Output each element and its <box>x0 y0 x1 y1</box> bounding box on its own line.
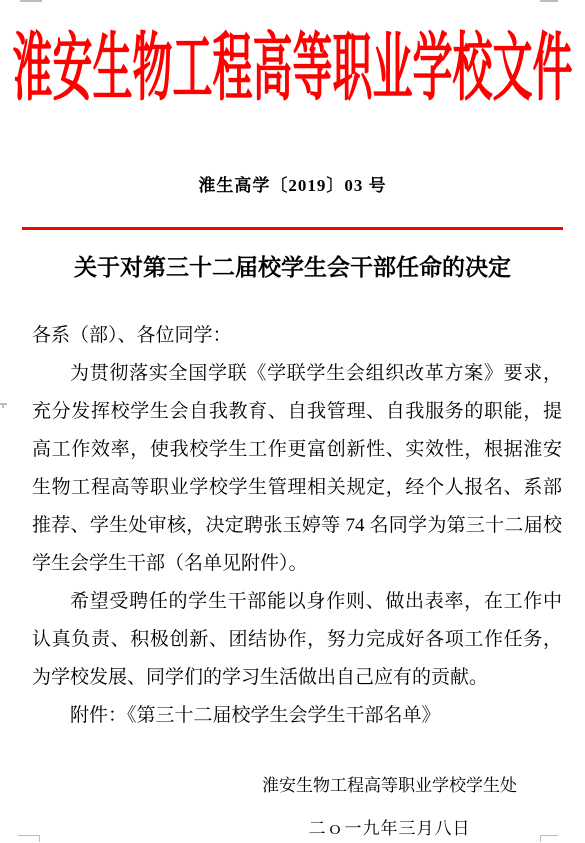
body-paragraph-2: 希望受聘任的学生干部能以身作则、做出表率，在工作中认真负责、积极创新、团结协作，… <box>32 583 562 697</box>
document-page: 淮安生物工程高等职业学校文件 淮生高学〔2019〕03 号 关于对第三十二届校学… <box>0 0 585 843</box>
body-paragraph-1: 为贯彻落实全国学联《学联学生会组织改革方案》要求，充分发挥校学生会自我教育、自我… <box>32 355 562 583</box>
document-title: 关于对第三十二届校学生会干部任命的决定 <box>0 249 585 282</box>
red-divider-line <box>22 227 563 230</box>
page-corner-mark-bottom-right <box>540 835 558 842</box>
page-corner-mark-top-right <box>540 0 558 2</box>
left-margin-marker-icon <box>0 403 7 408</box>
document-number: 淮生高学〔2019〕03 号 <box>0 171 585 196</box>
page-corner-mark-bottom-left <box>18 835 40 842</box>
signature-org: 淮安生物工程高等职业学校学生处 <box>262 771 517 796</box>
letterhead: 淮安生物工程高等职业学校文件 <box>0 12 585 112</box>
salutation-line: 各系（部）、各位同学： <box>32 317 562 355</box>
attachment-reference-line: 附件：《第三十二届校学生会学生干部名单》 <box>32 697 562 735</box>
document-body: 各系（部）、各位同学： 为贯彻落实全国学联《学联学生会组织改革方案》要求，充分发… <box>32 317 562 735</box>
signature-date: 二ｏ一九年三月八日 <box>262 814 517 839</box>
page-corner-mark-top-left <box>20 0 42 2</box>
letterhead-org-title: 淮安生物工程高等职业学校文件 <box>13 9 573 114</box>
signature-block: 淮安生物工程高等职业学校学生处 二ｏ一九年三月八日 <box>262 771 517 839</box>
